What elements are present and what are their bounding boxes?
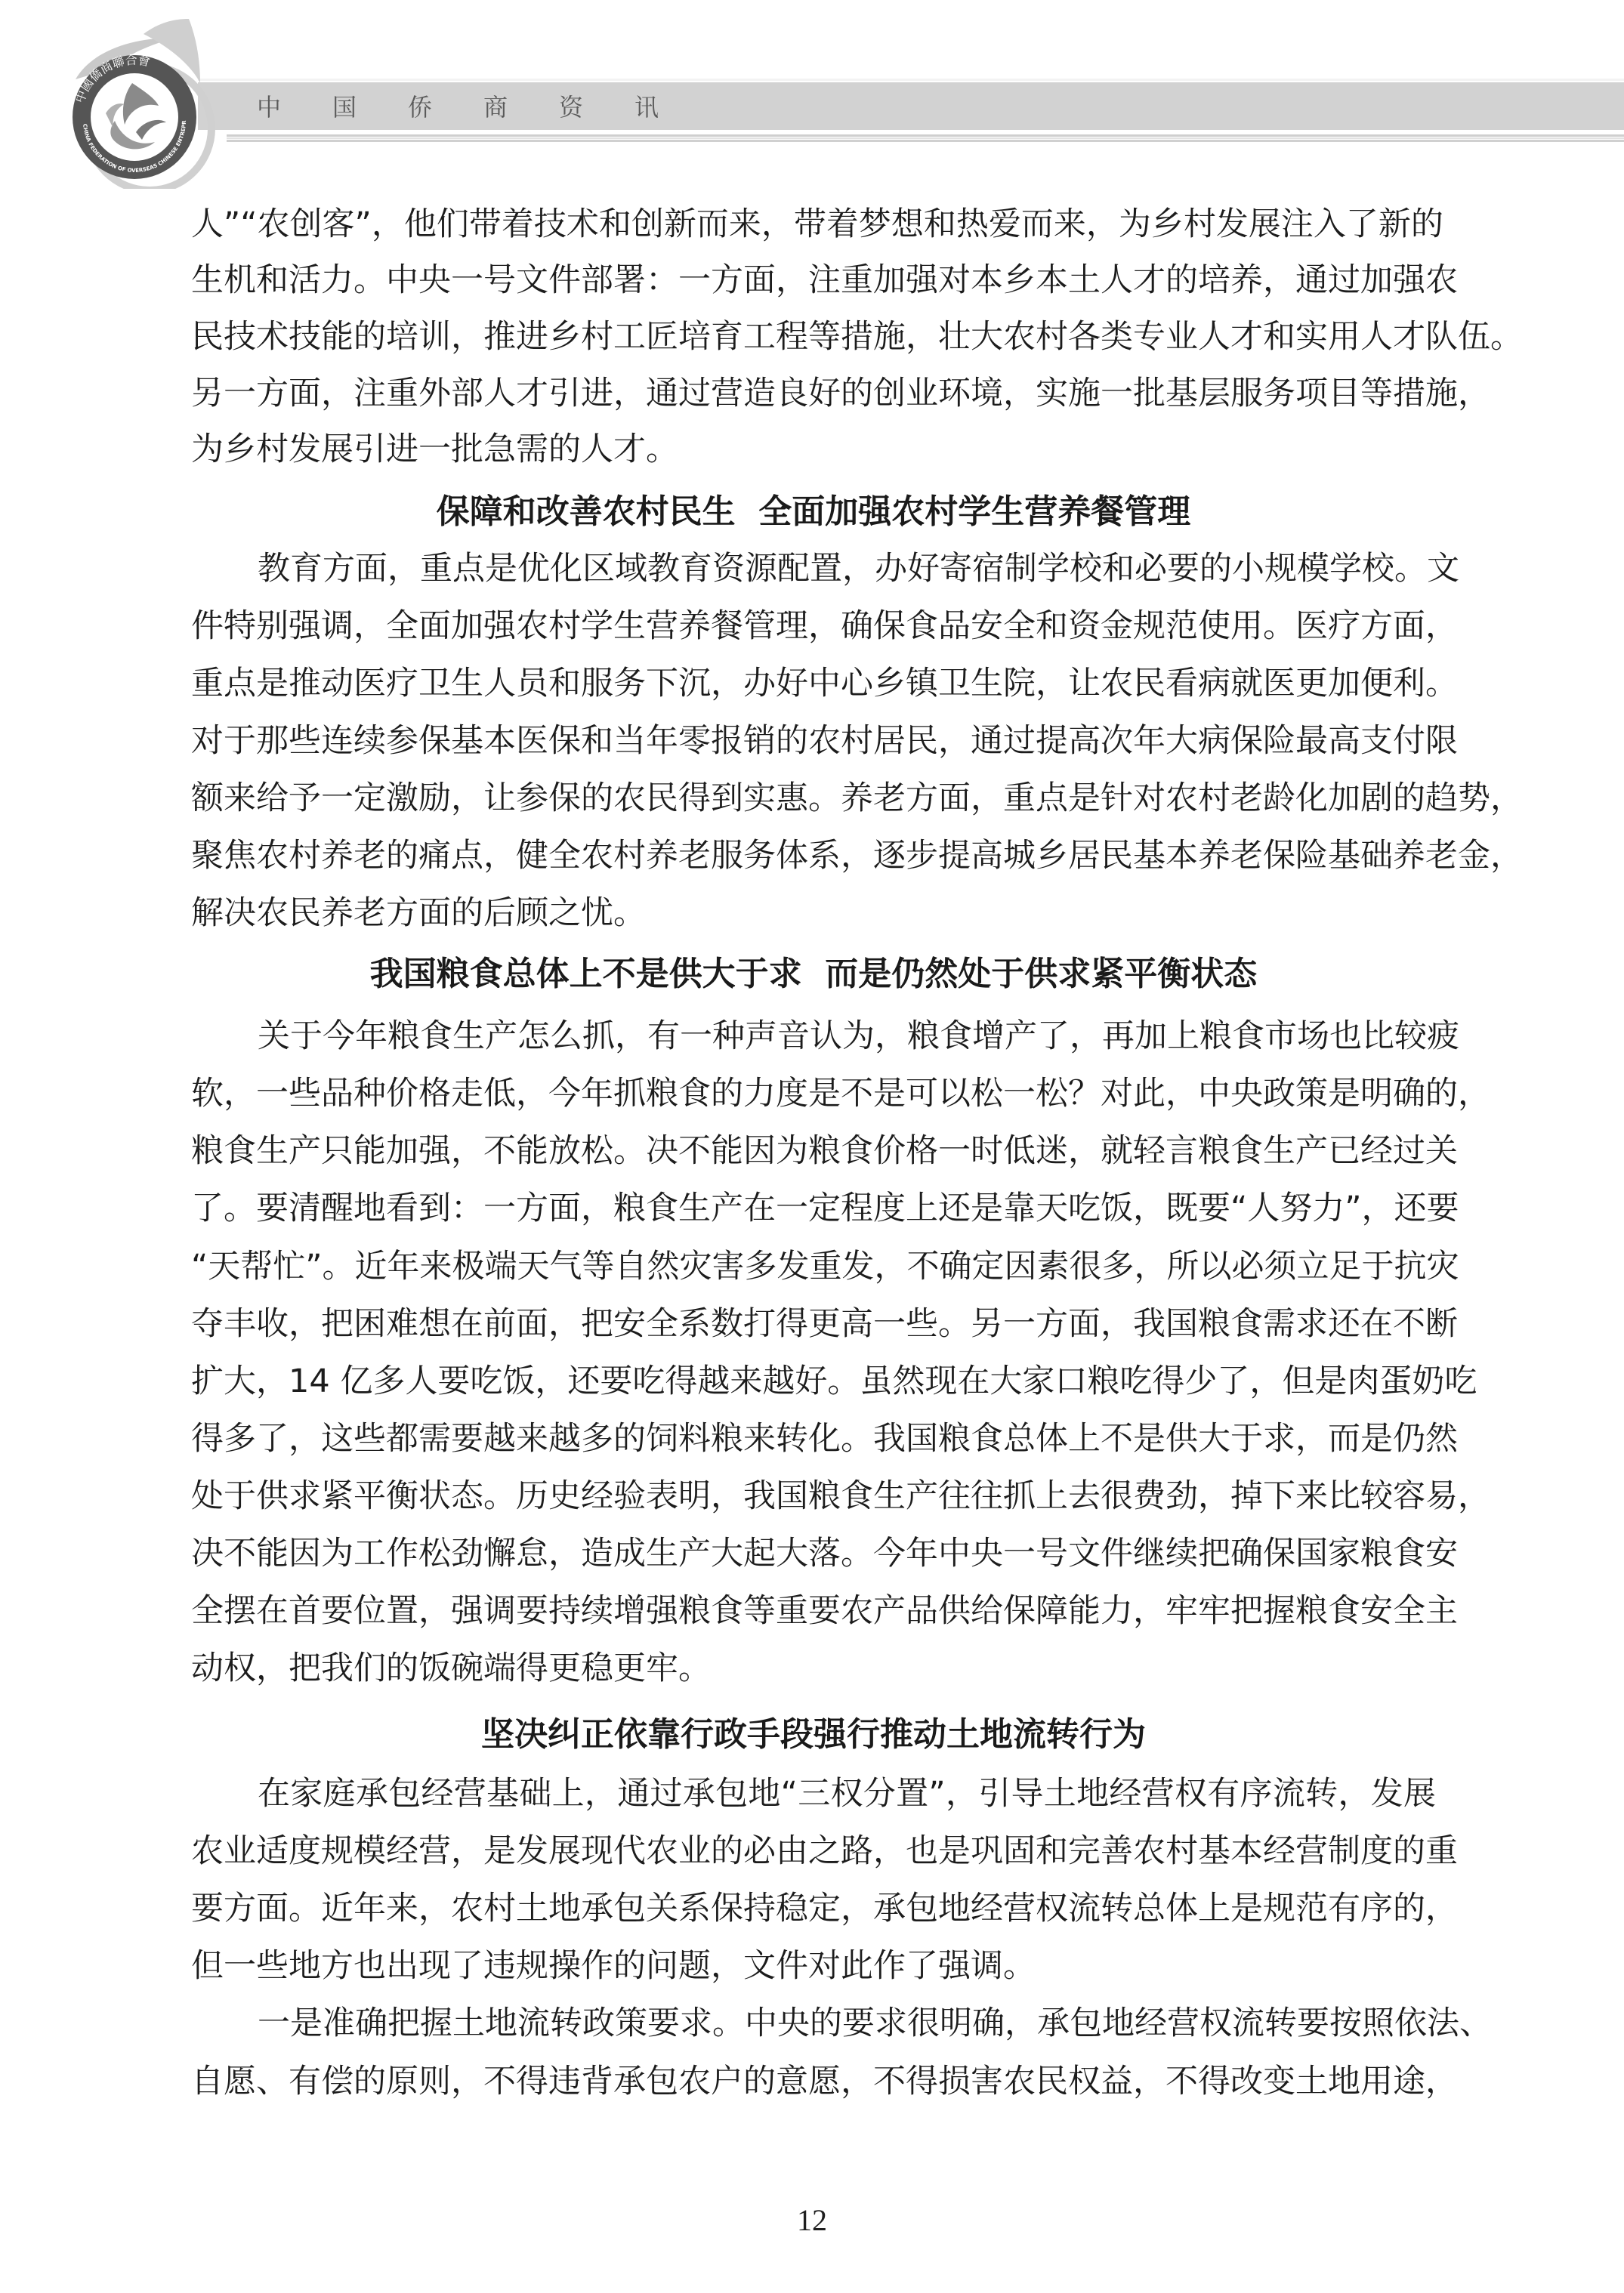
paragraph-line: 额来给予一定激励，让参保的农民得到实惠。养老方面，重点是针对农村老龄化加剧的趋势… [191, 779, 1436, 817]
paragraph-line: 另一方面，注重外部人才引进，通过营造良好的创业环境，实施一批基层服务项目等措施， [191, 375, 1436, 412]
paragraph-line: 聚焦农村养老的痛点，健全农村养老服务体系，逐步提高城乡居民基本养老保险基础养老金… [191, 837, 1436, 875]
paragraph-line: 动权，把我们的饭碗端得更稳更牢。 [191, 1650, 1436, 1687]
paragraph-line: 在家庭承包经营基础上，通过承包地“三权分置”，引导土地经营权有序流转，发展 [258, 1775, 1436, 1813]
paragraph-line: “天帮忙”。近年来极端天气等自然灾害多发重发，不确定因素很多，所以必须立足于抗灾 [191, 1248, 1436, 1285]
publication-title: 中 国 侨 商 资 讯 [257, 94, 710, 121]
page-number: 12 [786, 2202, 838, 2238]
section-heading: 我国粮食总体上不是供大于求 而是仍然处于供求紧平衡状态 [191, 955, 1436, 994]
paragraph-line: 但一些地方也出现了违规操作的问题，文件对此作了强调。 [191, 1947, 1436, 1985]
title-char: 国 [332, 94, 408, 121]
header-rule [227, 140, 1624, 142]
paragraph-line: 为乡村发展引进一批急需的人才。 [191, 431, 1436, 468]
paragraph-line: 关于今年粮食生产怎么抓，有一种声音认为，粮食增产了，再加上粮食市场也比较疲 [258, 1017, 1436, 1055]
paragraph-line: 对于那些连续参保基本医保和当年零报销的农村居民，通过提高次年大病保险最高支付限 [191, 722, 1436, 760]
section-heading: 保障和改善农村民生 全面加强农村学生营养餐管理 [191, 492, 1436, 532]
paragraph-line: 粮食生产只能加强，不能放松。决不能因为粮食价格一时低迷，就轻言粮食生产已经过关 [191, 1132, 1436, 1170]
paragraph-line: 要方面。近年来，农村土地承包关系保持稳定，承包地经营权流转总体上是规范有序的， [191, 1890, 1436, 1927]
paragraph-line: 教育方面，重点是优化区域教育资源配置，办好寄宿制学校和必要的小规模学校。文 [258, 550, 1436, 588]
header-rule [227, 137, 1624, 139]
title-char: 资 [559, 94, 634, 121]
federation-logo-icon: 中國僑商聯合會 CHINA FEDERATION OF OVERSEAS CHI… [60, 8, 287, 189]
paragraph-line: 了。要清醒地看到：一方面，粮食生产在一定程度上还是靠天吃饭，既要“人努力”，还要 [191, 1190, 1436, 1227]
paragraph-line: 重点是推动医疗卫生人员和服务下沉，办好中心乡镇卫生院，让农民看病就医更加便利。 [191, 665, 1436, 702]
section-heading: 坚决纠正依靠行政手段强行推动土地流转行为 [191, 1715, 1436, 1754]
paragraph-line: 人”“农创客”，他们带着技术和创新而来，带着梦想和热爱而来，为乡村发展注入了新的 [191, 205, 1436, 243]
header-rule [227, 134, 1624, 137]
paragraph-line: 民技术技能的培训，推进乡村工匠培育工程等措施，壮大农村各类专业人才和实用人才队伍… [191, 318, 1436, 356]
paragraph-line: 决不能因为工作松劲懈怠，造成生产大起大落。今年中央一号文件继续把确保国家粮食安 [191, 1535, 1436, 1572]
paragraph-line: 生机和活力。中央一号文件部署：一方面，注重加强对本乡本土人才的培养，通过加强农 [191, 261, 1436, 299]
title-char: 侨 [408, 94, 483, 121]
paragraph-line: 解决农民养老方面的后顾之忧。 [191, 894, 1436, 932]
paragraph-line: 夺丰收，把困难想在前面，把安全系数打得更高一些。另一方面，我国粮食需求还在不断 [191, 1305, 1436, 1343]
paragraph-line: 软，一些品种价格走低，今年抓粮食的力度是不是可以松一松？对此，中央政策是明确的， [191, 1075, 1436, 1113]
title-char: 讯 [634, 94, 710, 121]
paragraph-line: 处于供求紧平衡状态。历史经验表明，我国粮食生产往往抓上去很费劲，掉下来比较容易， [191, 1477, 1436, 1515]
paragraph-line: 一是准确把握土地流转政策要求。中央的要求很明确，承包地经营权流转要按照依法、 [258, 2004, 1436, 2042]
paragraph-line: 得多了，这些都需要越来越多的饲料粮来转化。我国粮食总体上不是供大于求，而是仍然 [191, 1420, 1436, 1458]
paragraph-line: 农业适度规模经营，是发展现代农业的必由之路，也是巩固和完善农村基本经营制度的重 [191, 1832, 1436, 1870]
title-char: 商 [483, 94, 559, 121]
header-band-hairline [198, 79, 1624, 81]
paragraph-line: 扩大，14 亿多人要吃饭，还要吃得越来越好。虽然现在大家口粮吃得少了，但是肉蛋奶… [191, 1363, 1436, 1400]
paragraph-line: 自愿、有偿的原则，不得违背承包农户的意愿，不得损害农民权益，不得改变土地用途， [191, 2063, 1436, 2100]
paragraph-line: 件特别强调，全面加强农村学生营养餐管理，确保食品安全和资金规范使用。医疗方面， [191, 607, 1436, 645]
paragraph-line: 全摆在首要位置，强调要持续增强粮食等重要农产品供给保障能力，牢牢把握粮食安全主 [191, 1592, 1436, 1630]
